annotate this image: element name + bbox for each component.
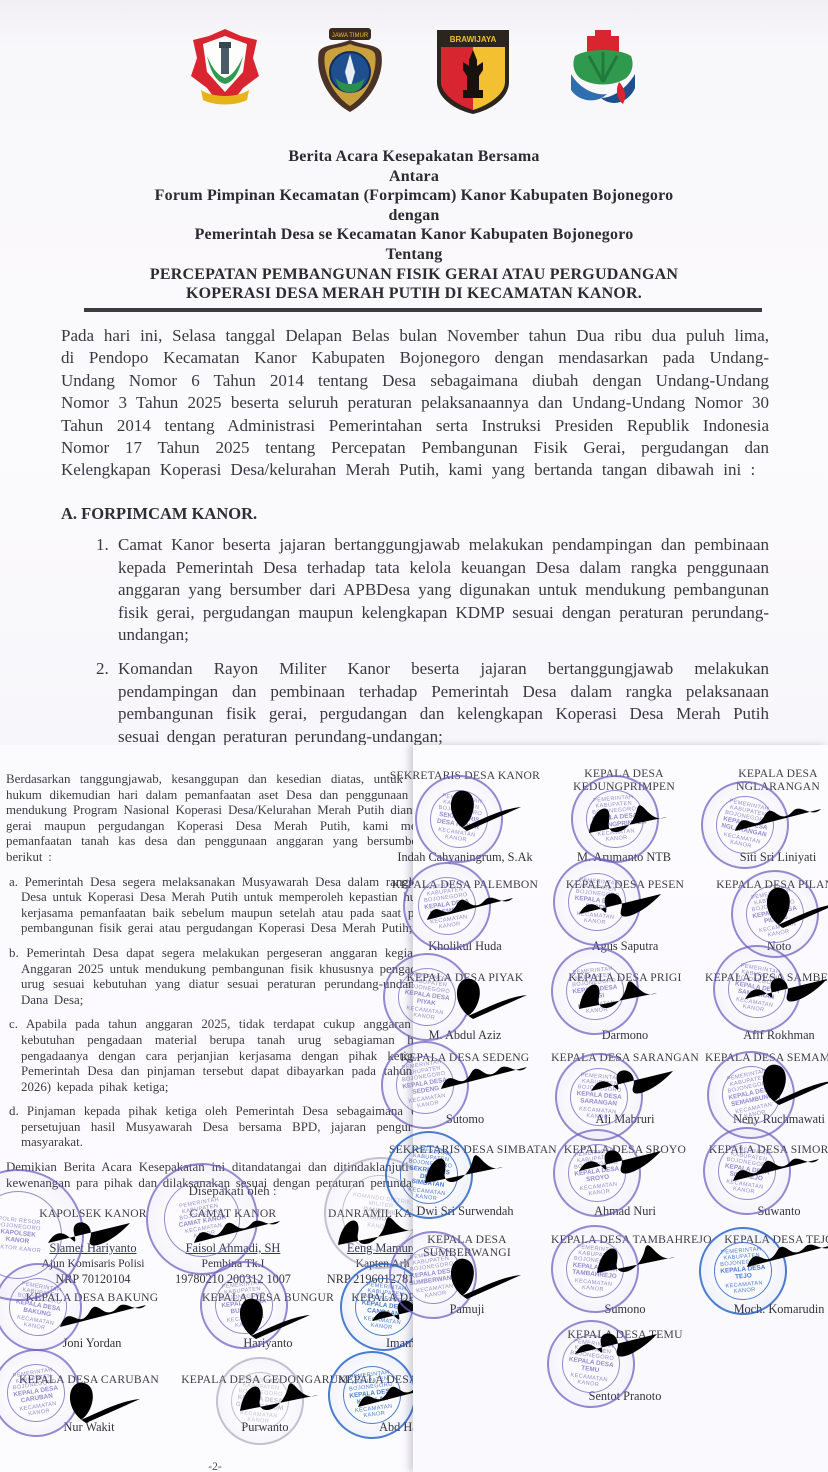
signature-block-bungur: PEMERINTAH KABUPATEN BOJONEGORO KEPALA D…	[192, 1291, 344, 1351]
bojonegoro-crest-logo	[183, 26, 267, 112]
signatory-name: Kholikul Huda	[428, 939, 501, 954]
signatory-id: 19780210 200312 1007	[175, 1272, 291, 1287]
list-item: 2. Komandan Rayon Militer Kanor beserta …	[0, 658, 769, 748]
title-line: Forum Pimpinan Kecamatan (Forpimcam) Kan…	[0, 186, 828, 206]
signature-block-kapolsek: KAPOLSEK KANOR Slamet Hariyanto Ajun Kom…	[8, 1207, 178, 1287]
item-text: Komandan Rayon Militer Kanor beserta jaj…	[118, 659, 769, 746]
svg-text:BRAWIJAYA: BRAWIJAYA	[450, 35, 497, 44]
page-3: PEMERINTAH KABUPATEN BOJONEGORO SEKRETAR…	[413, 745, 828, 1472]
signatory-name: Pamuji	[450, 1302, 485, 1317]
signatory-title: KEPALA DESA NGLARANGAN	[719, 767, 828, 793]
kdmp-logo	[561, 26, 645, 112]
signatory-name: Afif Rokhman	[743, 1028, 814, 1043]
signatory-name: M. Abdul Aziz	[429, 1028, 502, 1043]
title-line: Berita Acara Kesepakatan Bersama	[0, 147, 828, 167]
logo-row: JAWA TIMUR BRAWIJAYA	[0, 26, 828, 116]
scanned-document: JAWA TIMUR BRAWIJAYA	[0, 0, 828, 1472]
title-line: dengan	[0, 206, 828, 226]
signature-block-sarangan: PEMERINTAH KABUPATEN BOJONEGORO KEPALA D…	[551, 1051, 699, 1127]
signature	[435, 971, 505, 1021]
signature-block-bakung: PEMERINTAH KABUPATEN BOJONEGORO KEPALA D…	[8, 1291, 176, 1351]
signature-block-samberan: PEMERINTAH KABUPATEN BOJONEGORO KEPALA D…	[705, 971, 828, 1043]
point-letter: a.	[9, 875, 18, 889]
signatory-id: NRP 70120104	[41, 1272, 144, 1287]
signatory-name: Moch. Komarudin	[734, 1302, 825, 1317]
item-number: 1.	[96, 534, 109, 557]
signature-block-nglarangan: PEMERINTAH KABUPATEN BOJONEGORO KEPALA D…	[719, 767, 828, 865]
opening-paragraph: Pada hari ini, Selasa tanggal Delapan Be…	[61, 325, 769, 482]
item-number: 2.	[96, 658, 109, 681]
signature	[745, 880, 815, 932]
signature	[433, 1055, 517, 1101]
signature-block-simorejo: PEMERINTAH KABUPATEN BOJONEGORO KEPALA D…	[705, 1143, 828, 1219]
signatory-name: Noto	[767, 939, 792, 954]
point-letter: c.	[9, 1017, 18, 1031]
signature	[48, 1375, 142, 1419]
signatory-name: Ahmad Nuri	[594, 1204, 656, 1219]
signature-block-pilang: PEMERINTAH KABUPATEN BOJONEGORO KEPALA D…	[705, 878, 828, 954]
signature	[727, 797, 823, 839]
signature-block-camat: CAMAT KANOR Faisol Ahmadi, SH Pembina Tk…	[158, 1207, 308, 1287]
item-text: Camat Kanor beserta jajaran bertanggungj…	[118, 535, 769, 644]
signature	[413, 1145, 523, 1193]
signatory-title: KEPALA DESA KEDUNGPRIMPEN	[565, 767, 683, 793]
signatory-name: Neny Ruchmawati	[733, 1112, 825, 1127]
title-line: Tentang	[0, 245, 828, 265]
forpimcam-items: 1. Camat Kanor beserta jajaran bertanggu…	[0, 534, 769, 759]
signatory-name: Suwanto	[757, 1204, 800, 1219]
signature-block-sroyo: PEMERINTAH KABUPATEN BOJONEGORO KEPALA D…	[551, 1143, 699, 1219]
signature	[739, 1233, 828, 1281]
signature-block-sumberwangi: PEMERINTAH KABUPATEN BOJONEGORO KEPALA D…	[411, 1233, 523, 1317]
brawijaya-logo: BRAWIJAYA	[433, 26, 513, 116]
signature	[569, 884, 679, 928]
signature-block-palembon: PEMERINTAH KABUPATEN BOJONEGORO KEPALA D…	[389, 878, 541, 954]
signatory-name: Dwi Sri Surwendah	[416, 1204, 513, 1219]
signatory-name: Purwanto	[241, 1420, 288, 1435]
signature-block-tambahrejo: PEMERINTAH KABUPATEN BOJONEGORO KEPALA D…	[551, 1233, 699, 1317]
signatory-name: Ali Mabruri	[595, 1112, 654, 1127]
signature	[581, 1061, 691, 1107]
signature-block-tejo: PEMERINTAH KABUPATEN BOJONEGORO KEPALA D…	[705, 1233, 828, 1317]
signature-block-piyak: PEMERINTAH KABUPATEN BOJONEGORO KEPALA D…	[389, 971, 541, 1043]
signature-block-caruban: PEMERINTAH KABUPATEN BOJONEGORO KEPALA D…	[8, 1373, 170, 1435]
page-1: JAWA TIMUR BRAWIJAYA	[0, 0, 828, 747]
signature-block-sedeng: PEMERINTAH KABUPATEN BOJONEGORO KEPALA D…	[389, 1051, 541, 1127]
signature	[429, 1251, 519, 1295]
signature	[52, 1293, 144, 1335]
signature	[565, 1324, 685, 1380]
signature-block-semambung: PEMERINTAH KABUPATEN BOJONEGORO KEPALA D…	[705, 1051, 828, 1127]
signatory-name: Agus Saputra	[592, 939, 659, 954]
title-divider	[84, 308, 762, 312]
signature	[567, 971, 677, 1019]
signature-block-kedungprimpen: PEMERINTAH KABUPATEN BOJONEGORO KEPALA D…	[565, 767, 683, 865]
signature	[186, 1209, 286, 1257]
agreed-by-label: Disepakati oleh :	[150, 1183, 315, 1199]
signatory-name: Joni Yordan	[63, 1336, 122, 1351]
signatory-name: M. Arumanto NTB	[577, 850, 671, 865]
signatory-name: Indah Cahyaningrum, S.Ak	[397, 850, 532, 865]
title-line: PERCEPATAN PEMBANGUNAN FISIK GERAI ATAU …	[0, 265, 828, 285]
document-title: Berita Acara Kesepakatan Bersama Antara …	[0, 147, 828, 304]
signatory-name: Nur Wakit	[63, 1420, 114, 1435]
signature-block-pesen: PEMERINTAH KABUPATEN BOJONEGORO KEPALA D…	[551, 878, 699, 954]
signature	[735, 969, 828, 1017]
title-line: KOPERASI DESA MERAH PUTIH DI KECAMATAN K…	[0, 284, 828, 304]
signature	[228, 1373, 308, 1419]
polda-jatim-logo: JAWA TIMUR	[315, 26, 385, 114]
signature	[585, 1235, 665, 1291]
signatory-name: Sentot Pranoto	[589, 1389, 662, 1404]
signature	[419, 886, 519, 932]
signatory-name: Hariyanto	[243, 1336, 292, 1351]
signature-block-sekdes-kanor: PEMERINTAH KABUPATEN BOJONEGORO SEKRETAR…	[389, 769, 541, 865]
section-a-heading: A. FORPIMCAM KANOR.	[61, 504, 257, 524]
signatory-name: Sutomo	[446, 1112, 484, 1127]
signature-block-sekdes-simbatan: PEMERINTAH KABUPATEN BOJONEGORO SEKRETAR…	[389, 1143, 541, 1219]
signature	[569, 1141, 679, 1191]
signature	[741, 1057, 828, 1107]
stamp-text: KECAMATAN KANOR	[715, 1279, 774, 1296]
signatory-name: Siti Sri Liniyati	[740, 850, 817, 865]
signature-block-prigi: PEMERINTAH KABUPATEN BOJONEGORO KEPALA D…	[551, 971, 699, 1043]
signature	[577, 795, 673, 839]
signatory-title: SEKRETARIS DESA KANOR	[389, 769, 541, 782]
signatory-rank: Pembina Tk.I	[175, 1257, 291, 1270]
point-letter: d.	[9, 1104, 19, 1118]
signature	[38, 1213, 138, 1261]
signature	[429, 783, 509, 839]
signatory-name: Sumono	[605, 1302, 646, 1317]
signatory-name: Darmono	[602, 1028, 648, 1043]
title-line: Antara	[0, 167, 828, 187]
signature	[218, 1291, 314, 1337]
title-line: Pemerintah Desa se Kecamatan Kanor Kabup…	[0, 225, 828, 245]
page-number: -2-	[185, 1461, 245, 1472]
point-letter: b.	[9, 946, 19, 960]
signature-block-temu: PEMERINTAH KABUPATEN BOJONEGORO KEPALA D…	[551, 1328, 699, 1404]
svg-text:JAWA TIMUR: JAWA TIMUR	[332, 33, 369, 39]
signature	[725, 1147, 825, 1191]
list-item: 1. Camat Kanor beserta jajaran bertanggu…	[0, 534, 769, 647]
